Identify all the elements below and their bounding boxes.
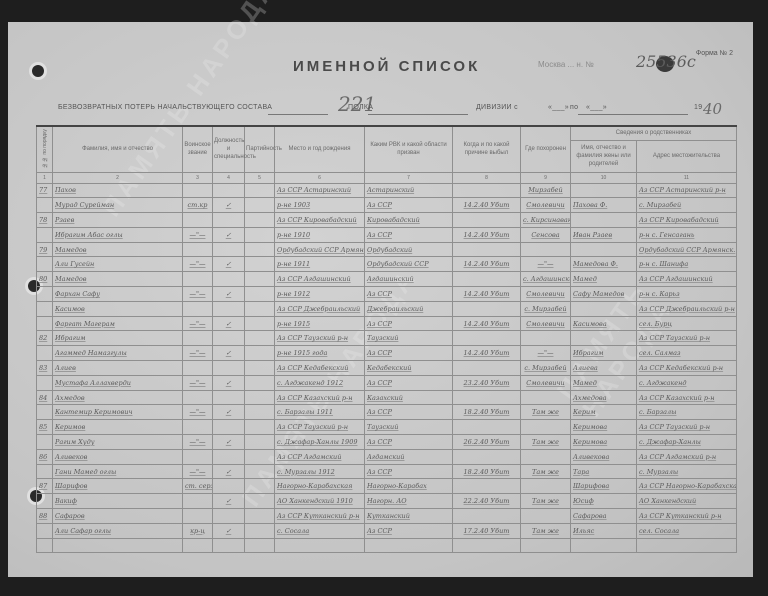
col-header-party: Партийность [245, 126, 275, 172]
checkmark-icon [213, 509, 245, 524]
checkmark-icon [213, 242, 245, 257]
birthplace: Аз ССР Кутканский р-н [275, 509, 365, 524]
col-number: 7 [365, 172, 453, 183]
party [245, 227, 275, 242]
draft-office [365, 538, 453, 553]
col-number: 11 [637, 172, 737, 183]
full-name: Сафаров [53, 509, 183, 524]
row-number: 88 [37, 509, 53, 524]
row-number [37, 435, 53, 450]
party [245, 479, 275, 494]
full-name: Мурад Сурейман [53, 198, 183, 213]
relative-name [571, 242, 637, 257]
birthplace: с. Сосала [275, 523, 365, 538]
party [245, 494, 275, 509]
burial-place [521, 538, 571, 553]
birthplace: Аз ССР Кедабекский [275, 361, 365, 376]
date-reason [453, 361, 521, 376]
casualty-list-table: №№ по порядку Фамилия, имя и отчество Во… [36, 125, 737, 553]
row-number [37, 346, 53, 361]
party [245, 435, 275, 450]
burial-place: —"— [521, 346, 571, 361]
form-number-label: Форма № 2 [696, 50, 733, 57]
date-reason [453, 331, 521, 346]
birthplace: Аз ССР Агдамский [275, 449, 365, 464]
date-reason [453, 538, 521, 553]
full-name: Мамедов [53, 242, 183, 257]
table-row: Али Сафар оглыкр-ц✓с. СосалаАз ССР17.2.4… [37, 523, 737, 538]
archival-document-page: ПАМЯТЬ НАРОДА ПАМЯТЬ НАРОДА ПАМЯТЬ НАРОД… [8, 22, 753, 577]
birthplace: Аз ССР Астаринский [275, 183, 365, 198]
table-row: Агаммед Намазгулы—"—✓р-не 1915 годаАз СС… [37, 346, 737, 361]
draft-office: Ордубадский ССР [365, 257, 453, 272]
draft-office: Агдашинский [365, 272, 453, 287]
relative-name [571, 213, 637, 228]
date-reason: 14.2.40 Убит [453, 316, 521, 331]
underline [578, 114, 688, 115]
rank [183, 361, 213, 376]
row-number: 78 [37, 213, 53, 228]
party [245, 287, 275, 302]
checkmark-icon [213, 390, 245, 405]
table-row: 79МамедовОрдубадский ССР Армян.Ордубадск… [37, 242, 737, 257]
burial-place: Смолевичи [521, 316, 571, 331]
checkmark-icon [213, 538, 245, 553]
birthplace: р-не 1911 [275, 257, 365, 272]
date-reason: 14.2.40 Убит [453, 257, 521, 272]
full-name: Фархан Сафу [53, 287, 183, 302]
full-name: Вакиф [53, 494, 183, 509]
table-row: Гани Мамед оглы—"—✓с. Мурзалы 1912Аз ССР… [37, 464, 737, 479]
subtitle-prefix: БЕЗВОЗВРАТНЫХ ПОТЕРЬ НАЧАЛЬСТВУЮЩЕГО СОС… [58, 104, 272, 111]
rank: —"— [183, 375, 213, 390]
address: р-н с. Шанифа [637, 257, 737, 272]
party [245, 420, 275, 435]
party [245, 346, 275, 361]
date-reason: 14.2.40 Убит [453, 198, 521, 213]
birthplace: р-не 1910 [275, 227, 365, 242]
date-reason: 26.2.40 Убит [453, 435, 521, 450]
col-number: 2 [53, 172, 183, 183]
checkmark-icon [213, 272, 245, 287]
address: АО Ханкендский [637, 494, 737, 509]
draft-office: Казахский [365, 390, 453, 405]
birthplace: с. Агджакенд 1912 [275, 375, 365, 390]
row-number [37, 257, 53, 272]
col-number: 3 [183, 172, 213, 183]
draft-office: Аз ССР [365, 405, 453, 420]
checkmark-icon [213, 449, 245, 464]
col-header-date-reason: Когда и по какой причине выбыл [453, 126, 521, 172]
address: Аз ССР Казахский р-н [637, 390, 737, 405]
birthplace: с. Барзалы 1911 [275, 405, 365, 420]
burial-place: Там же [521, 523, 571, 538]
date-reason: 18.2.40 Убит [453, 464, 521, 479]
relative-name [571, 301, 637, 316]
relative-name: Керимова [571, 435, 637, 450]
burial-place: Сенсова [521, 227, 571, 242]
party [245, 390, 275, 405]
burial-place: —"— [521, 257, 571, 272]
row-number: 86 [37, 449, 53, 464]
address: Аз ССР Джебраильский р-н [637, 301, 737, 316]
draft-office: Астаринский [365, 183, 453, 198]
row-number: 84 [37, 390, 53, 405]
draft-office: Аз ССР [365, 287, 453, 302]
row-number [37, 405, 53, 420]
row-number [37, 316, 53, 331]
draft-office: Джебраильский [365, 301, 453, 316]
full-name: Агаммед Намазгулы [53, 346, 183, 361]
party [245, 538, 275, 553]
birthplace: Нагорно-Карабахская [275, 479, 365, 494]
draft-office: Кировабадский [365, 213, 453, 228]
document-title: ИМЕННОЙ СПИСОК [293, 58, 480, 75]
rank: —"— [183, 346, 213, 361]
year-label: 19 [694, 104, 702, 111]
rank [183, 509, 213, 524]
checkmark-icon [213, 420, 245, 435]
relative-name: Мамедова Ф. [571, 257, 637, 272]
row-number: 77 [37, 183, 53, 198]
burial-place: Смолевичи [521, 287, 571, 302]
relative-name: Иван Рзаев [571, 227, 637, 242]
checkmark-icon: ✓ [213, 198, 245, 213]
birthplace: Аз ССР Джебраильский [275, 301, 365, 316]
checkmark-icon: ✓ [213, 346, 245, 361]
table-row: Рагим Худу—"—✓с. Джафар-Ханлы 1909Аз ССР… [37, 435, 737, 450]
full-name: Мустафа Аллахверди [53, 375, 183, 390]
date-reason [453, 242, 521, 257]
table-row: 87Шарифовст. сержантНагорно-КарабахскаяН… [37, 479, 737, 494]
checkmark-icon: ✓ [213, 464, 245, 479]
address: с. Мирзабей [637, 198, 737, 213]
birthplace: Аз ССР Таузский р-н [275, 331, 365, 346]
full-name: Шарифов [53, 479, 183, 494]
relative-name: Керим [571, 405, 637, 420]
archive-stamp-number: 25536с [636, 52, 696, 71]
full-name: Ахмедов [53, 390, 183, 405]
burial-place [521, 479, 571, 494]
address: с. Барзалы [637, 405, 737, 420]
date-reason: 14.2.40 Убит [453, 346, 521, 361]
address: Аз ССР Таузский р-н [637, 420, 737, 435]
draft-office: Аз ССР [365, 435, 453, 450]
col-group-relatives: Сведения о родственниках [571, 126, 737, 140]
checkmark-icon [213, 213, 245, 228]
birthplace: р-не 1903 [275, 198, 365, 213]
birthplace: с. Джафар-Ханлы 1909 [275, 435, 365, 450]
date-reason: 14.2.40 Убит [453, 227, 521, 242]
rank [183, 538, 213, 553]
regiment-label: ПОЛКА [348, 104, 373, 111]
address: Аз ССР Таузский р-н [637, 331, 737, 346]
date-reason [453, 213, 521, 228]
table-row: 80МамедовАз ССР АгдашинскийАгдашинскийс.… [37, 272, 737, 287]
address: с. Агджакенд [637, 375, 737, 390]
birthplace [275, 538, 365, 553]
party [245, 213, 275, 228]
burial-place: Там же [521, 464, 571, 479]
address: Аз ССР Агдашинский [637, 272, 737, 287]
row-number: 80 [37, 272, 53, 287]
draft-office: Аз ССР [365, 198, 453, 213]
col-header-relative-name: Имя, отчество и фамилия жены или родител… [571, 140, 637, 172]
draft-office: Аз ССР [365, 316, 453, 331]
date-reason [453, 479, 521, 494]
burial-place [521, 242, 571, 257]
table-row: Фархан Сафу—"—✓р-не 1912Аз ССР14.2.40 Уб… [37, 287, 737, 302]
row-number [37, 301, 53, 316]
date-from: «___» [548, 104, 569, 111]
table-row: 78РзаевАз ССР КировабадскийКировабадский… [37, 213, 737, 228]
rank [183, 420, 213, 435]
draft-office: Аз ССР [365, 523, 453, 538]
table-row [37, 538, 737, 553]
row-number [37, 287, 53, 302]
division-label: ДИВИЗИИ с [476, 104, 518, 111]
full-name [53, 538, 183, 553]
relative-name: Тара [571, 464, 637, 479]
rank [183, 449, 213, 464]
row-number [37, 494, 53, 509]
address [637, 538, 737, 553]
rank: ст.кр [183, 198, 213, 213]
row-number: 85 [37, 420, 53, 435]
checkmark-icon: ✓ [213, 435, 245, 450]
draft-office: Нагорно-Карабах [365, 479, 453, 494]
address: Ордубадский ССР Армянск. [637, 242, 737, 257]
rank [183, 390, 213, 405]
burial-place: Там же [521, 435, 571, 450]
full-name: Али Сафар оглы [53, 523, 183, 538]
burial-place: Смолевичи [521, 198, 571, 213]
party [245, 405, 275, 420]
table-row: Кантемир Керимович—"—✓с. Барзалы 1911Аз … [37, 405, 737, 420]
col-header-number: №№ по порядку [37, 126, 53, 172]
date-reason: 23.2.40 Убит [453, 375, 521, 390]
birthplace: р-не 1915 [275, 316, 365, 331]
burial-place [521, 420, 571, 435]
col-header-burial: Где похоронен [521, 126, 571, 172]
relative-name: Юсиф [571, 494, 637, 509]
birthplace: Аз ССР Таузский р-н [275, 420, 365, 435]
birthplace: АО Ханкендский 1910 [275, 494, 365, 509]
draft-office: Агдамский [365, 449, 453, 464]
row-number [37, 464, 53, 479]
draft-office: Нагорн. АО [365, 494, 453, 509]
party [245, 449, 275, 464]
relative-name: Алиева [571, 361, 637, 376]
address: сел. Салмаз [637, 346, 737, 361]
party [245, 464, 275, 479]
address: сел. Бурц [637, 316, 737, 331]
table-row: 85КеримовАз ССР Таузский р-нТаузскийКери… [37, 420, 737, 435]
party [245, 361, 275, 376]
col-header-rank: Воинское звание [183, 126, 213, 172]
checkmark-icon: ✓ [213, 494, 245, 509]
relative-name: Шарифова [571, 479, 637, 494]
burial-place: Там же [521, 405, 571, 420]
burial-place: Смолевичи [521, 375, 571, 390]
relative-name: Касимова [571, 316, 637, 331]
full-name: Али Гусейн [53, 257, 183, 272]
party [245, 301, 275, 316]
relative-name: Сафарова [571, 509, 637, 524]
row-number: 87 [37, 479, 53, 494]
draft-office: Аз ССР [365, 375, 453, 390]
address: сел. Сосала [637, 523, 737, 538]
underline [268, 114, 328, 115]
checkmark-icon [213, 479, 245, 494]
rank: —"— [183, 435, 213, 450]
row-number [37, 538, 53, 553]
date-reason: 17.2.40 Убит [453, 523, 521, 538]
full-name: Фаргат Магерам [53, 316, 183, 331]
rank: —"— [183, 287, 213, 302]
table-body: 77ПаховАз ССР АстаринскийАстаринскийМирз… [37, 183, 737, 553]
relative-name: Ахмедова [571, 390, 637, 405]
burial-place: с. Агдашинский [521, 272, 571, 287]
burial-place: с. Мирзабей [521, 361, 571, 376]
underline [368, 114, 468, 115]
full-name: Аливеков [53, 449, 183, 464]
relative-name [571, 183, 637, 198]
address: Аз ССР Кедабекский р-н [637, 361, 737, 376]
col-header-draft-office: Каким РВК и какой области призван [365, 126, 453, 172]
row-number: 79 [37, 242, 53, 257]
table-row: КасимовАз ССР ДжебраильскийДжебраильский… [37, 301, 737, 316]
full-name: Гани Мамед оглы [53, 464, 183, 479]
date-to: «___» [586, 104, 607, 111]
table-row: 88СафаровАз ССР Кутканский р-нКутканский… [37, 509, 737, 524]
col-number: 5 [245, 172, 275, 183]
date-to-label: по [570, 104, 578, 111]
address: Аз ССР Агдамский р-н [637, 449, 737, 464]
draft-office: Аз ССР [365, 464, 453, 479]
burial-place [521, 390, 571, 405]
col-number: 10 [571, 172, 637, 183]
archive-stamp-text: Москва ... н. № [538, 60, 594, 69]
date-reason: 14.2.40 Убит [453, 287, 521, 302]
full-name: Керимов [53, 420, 183, 435]
address: Аз ССР Нагорно-Карабахская [637, 479, 737, 494]
party [245, 509, 275, 524]
rank: —"— [183, 405, 213, 420]
rank [183, 272, 213, 287]
relative-name: Ильяс [571, 523, 637, 538]
party [245, 272, 275, 287]
rank [183, 301, 213, 316]
col-number: 8 [453, 172, 521, 183]
checkmark-icon [213, 361, 245, 376]
row-number: 82 [37, 331, 53, 346]
table-row: 83АлиевАз ССР КедабекскийКедабекскийс. М… [37, 361, 737, 376]
address: с. Мурзалы [637, 464, 737, 479]
birthplace: Аз ССР Казахский р-н [275, 390, 365, 405]
birthplace: р-не 1912 [275, 287, 365, 302]
full-name: Пахов [53, 183, 183, 198]
party [245, 257, 275, 272]
rank: —"— [183, 227, 213, 242]
rank: —"— [183, 464, 213, 479]
rank [183, 331, 213, 346]
relative-name: Пахова Ф. [571, 198, 637, 213]
checkmark-icon: ✓ [213, 257, 245, 272]
rank: —"— [183, 257, 213, 272]
table-row: Али Гусейн—"—✓р-не 1911Ордубадский ССР14… [37, 257, 737, 272]
col-header-full-name: Фамилия, имя и отчество [53, 126, 183, 172]
relative-name: Сафу Мамедов [571, 287, 637, 302]
col-header-position: Должность и специальность [213, 126, 245, 172]
rank [183, 494, 213, 509]
party [245, 523, 275, 538]
burial-place: Мирзабей [521, 183, 571, 198]
checkmark-icon: ✓ [213, 523, 245, 538]
table-row: Мурад Сурейманст.кр✓р-не 1903Аз ССР14.2.… [37, 198, 737, 213]
table-row: 86АливековАз ССР АгдамскийАгдамскийАливе… [37, 449, 737, 464]
row-number [37, 375, 53, 390]
party [245, 316, 275, 331]
address: с. Джафар-Ханлы [637, 435, 737, 450]
relative-name: Мамед [571, 375, 637, 390]
birthplace: р-не 1915 года [275, 346, 365, 361]
checkmark-icon: ✓ [213, 227, 245, 242]
table-row: Фаргат Магерам—"—✓р-не 1915Аз ССР14.2.40… [37, 316, 737, 331]
address: Аз ССР Кутканский р-н [637, 509, 737, 524]
table-row: Ибрагим Абас оглы—"—✓р-не 1910Аз ССР14.2… [37, 227, 737, 242]
full-name: Касимов [53, 301, 183, 316]
rank: кр-ц [183, 523, 213, 538]
rank [183, 183, 213, 198]
date-reason [453, 183, 521, 198]
full-name: Ибрагим [53, 331, 183, 346]
checkmark-icon: ✓ [213, 375, 245, 390]
date-reason [453, 420, 521, 435]
address: р-н с. Генсагань [637, 227, 737, 242]
col-header-address: Адрес местожительства [637, 140, 737, 172]
rank [183, 213, 213, 228]
checkmark-icon [213, 301, 245, 316]
table-row: 84АхмедовАз ССР Казахский р-нКазахскийАх… [37, 390, 737, 405]
checkmark-icon [213, 331, 245, 346]
full-name: Ибрагим Абас оглы [53, 227, 183, 242]
table-row: 77ПаховАз ССР АстаринскийАстаринскийМирз… [37, 183, 737, 198]
row-number [37, 227, 53, 242]
party [245, 198, 275, 213]
table-row: 82ИбрагимАз ССР Таузский р-нТаузскийАз С… [37, 331, 737, 346]
date-reason: 22.2.40 Убит [453, 494, 521, 509]
row-number [37, 198, 53, 213]
date-reason [453, 509, 521, 524]
rank: —"— [183, 316, 213, 331]
full-name: Рагим Худу [53, 435, 183, 450]
draft-office: Кедабекский [365, 361, 453, 376]
checkmark-icon [213, 183, 245, 198]
draft-office: Ордубадский [365, 242, 453, 257]
row-number: 83 [37, 361, 53, 376]
punch-hole [32, 65, 44, 77]
draft-office: Аз ССР [365, 227, 453, 242]
draft-office: Аз ССР [365, 346, 453, 361]
col-number: 4 [213, 172, 245, 183]
draft-office: Таузский [365, 331, 453, 346]
checkmark-icon: ✓ [213, 287, 245, 302]
party [245, 375, 275, 390]
draft-office: Кутканский [365, 509, 453, 524]
col-number: 6 [275, 172, 365, 183]
full-name: Кантемир Керимович [53, 405, 183, 420]
